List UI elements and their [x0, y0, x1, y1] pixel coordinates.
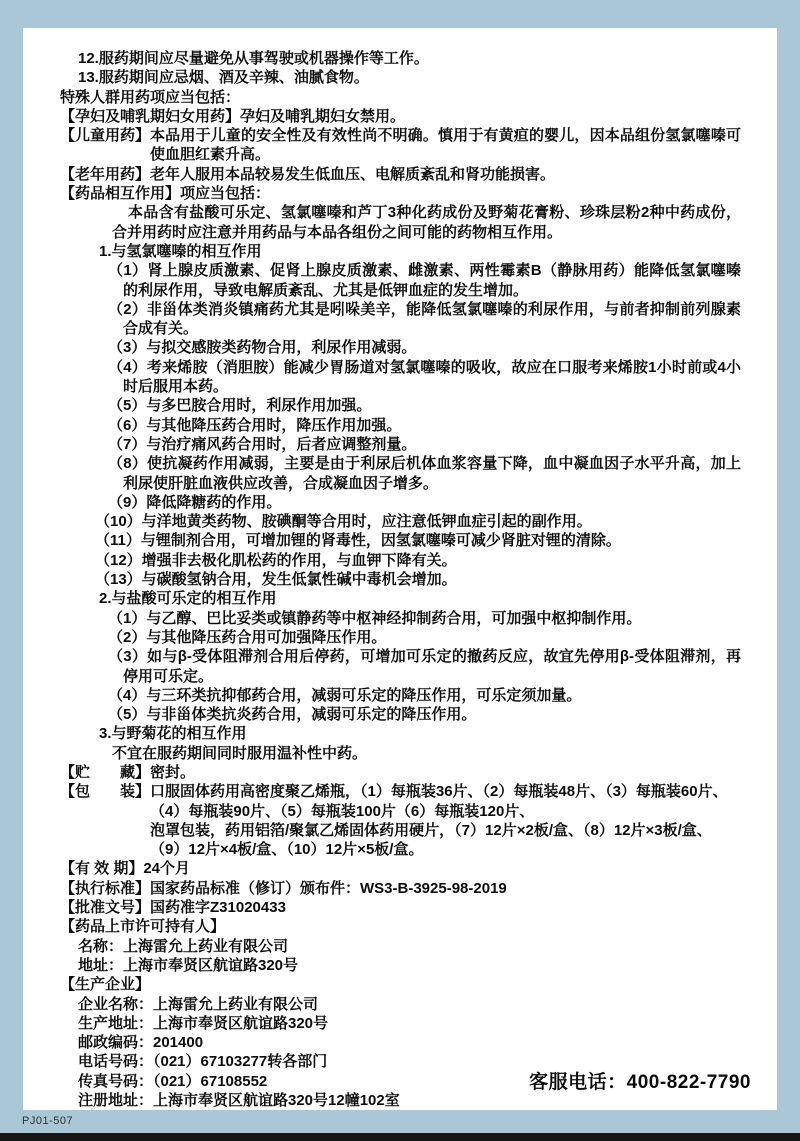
doc-line: （6）与其他降压药合用时，降压作用加强。 — [60, 416, 741, 435]
field-row: 【老年用药】老年人服用本品较易发生低血压、电解质紊乱和肾功能损害。 — [60, 165, 741, 184]
doc-line: 3.与野菊花的相互作用 — [99, 724, 741, 743]
doc-line: （9）降低降糖药的作用。 — [60, 493, 741, 512]
field-value: 本品用于儿童的安全性及有效性尚不明确。慎用于有黄疸的婴儿，因本品组份氢氯噻嗪可使… — [150, 126, 741, 165]
doc-line: 地址：上海市奉贤区航谊路320号 — [78, 956, 741, 975]
doc-line: 12.服药期间应尽量避免从事驾驶或机器操作等工作。 — [78, 49, 741, 68]
field-value-line: 口服固体药用高密度聚乙烯瓶，（1）每瓶装36片、（2）每瓶装48片、（3）每瓶装… — [150, 782, 741, 801]
field-value-line: （4）每瓶装90片、（5）每瓶装100片（6）每瓶装120片、 — [150, 802, 741, 821]
field-label: 【有 效 期】 — [60, 859, 143, 878]
field-row: 【有 效 期】24个月 — [60, 859, 741, 878]
field-label: 【批准文号】 — [60, 898, 150, 917]
doc-line: （8）使抗凝药作用减弱，主要是由于利尿后机体血浆容量下降，血中凝血因子水平升高，… — [60, 454, 741, 493]
field-value-line: 泡罩包装，药用铝箔/聚氯乙烯固体药用硬片，（7）12片×2板/盒、（8）12片×… — [150, 821, 741, 840]
doc-line: 本品含有盐酸可乐定、氢氯噻嗪和芦丁3种化药成份及野菊花膏粉、珍珠层粉2种中药成份… — [112, 203, 741, 242]
doc-line: （4）与三环类抗抑郁药合用，减弱可乐定的降压作用，可乐定须加量。 — [60, 686, 741, 705]
doc-line: （1）肾上腺皮质激素、促肾上腺皮质激素、雌激素、两性霉素B（静脉用药）能降低氢氯… — [60, 261, 741, 300]
field-row: 【包 装】口服固体药用高密度聚乙烯瓶，（1）每瓶装36片、（2）每瓶装48片、（… — [60, 782, 741, 859]
doc-line: （12）增强非去极化肌松药的作用，与血钾下降有关。 — [60, 551, 741, 570]
doc-line: 特殊人群用药项应当包括： — [60, 88, 741, 107]
doc-line: 【孕妇及哺乳期妇女用药】孕妇及哺乳期妇女禁用。 — [60, 107, 741, 126]
doc-line: 【药品相互作用】项应当包括： — [60, 184, 741, 203]
field-label: 【老年用药】 — [60, 165, 150, 184]
field-value: 密封。 — [150, 763, 741, 782]
field-value: 口服固体药用高密度聚乙烯瓶，（1）每瓶装36片、（2）每瓶装48片、（3）每瓶装… — [150, 782, 741, 859]
form-code: PJ01-507 — [22, 1115, 73, 1127]
doc-line: （2）非甾体类消炎镇痛药尤其是吲哚美辛，能降低氢氯噻嗪的利尿作用，与前者抑制前列… — [60, 300, 741, 339]
field-label: 【儿童用药】 — [60, 126, 150, 145]
doc-line: （4）考来烯胺（消胆胺）能减少胃肠道对氢氯噻嗪的吸收，故应在口服考来烯胺1小时前… — [60, 358, 741, 397]
field-row: 【执行标准】国家药品标准（修订）颁布件：WS3-B-3925-98-2019 — [60, 879, 741, 898]
doc-line: （7）与治疗痛风药合用时，后者应调整剂量。 — [60, 435, 741, 454]
doc-line: （10）与洋地黄类药物、胺碘酮等合用时，应注意低钾血症引起的副作用。 — [60, 512, 741, 531]
field-label: 【包 装】 — [60, 782, 150, 801]
customer-service-phone: 客服电话：400-822-7790 — [529, 1067, 751, 1094]
field-row: 【贮 藏】密封。 — [60, 763, 741, 782]
doc-line: （13）与碳酸氢钠合用，发生低氯性碱中毒机会增加。 — [60, 570, 741, 589]
field-value-line: （9）12片×4板/盒、（10）12片×5板/盒。 — [150, 840, 741, 859]
doc-line: 13.服药期间应忌烟、酒及辛辣、油腻食物。 — [78, 68, 741, 87]
drug-instruction-sheet: 12.服药期间应尽量避免从事驾驶或机器操作等工作。13.服药期间应忌烟、酒及辛辣… — [23, 28, 777, 1110]
doc-line: （2）与其他降压药合用可加强降压作用。 — [60, 628, 741, 647]
doc-line: 2.与盐酸可乐定的相互作用 — [99, 589, 741, 608]
doc-line: 【生产企业】 — [60, 975, 741, 994]
doc-line: 名称：上海雷允上药业有限公司 — [78, 937, 741, 956]
doc-line: 企业名称：上海雷允上药业有限公司 — [78, 995, 741, 1014]
bottom-black-bar — [0, 1133, 800, 1141]
doc-line: 邮政编码：201400 — [78, 1033, 741, 1052]
doc-line: （1）与乙醇、巴比妥类或镇静药等中枢神经抑制药合用，可加强中枢抑制作用。 — [60, 609, 741, 628]
field-label: 【贮 藏】 — [60, 763, 150, 782]
field-row: 【儿童用药】本品用于儿童的安全性及有效性尚不明确。慎用于有黄疸的婴儿，因本品组份… — [60, 126, 741, 165]
field-label: 【执行标准】 — [60, 879, 150, 898]
doc-line: （5）与非甾体类抗炎药合用，减弱可乐定的降压作用。 — [60, 705, 741, 724]
doc-line: （3）与拟交感胺类药物合用，利尿作用减弱。 — [60, 338, 741, 357]
instruction-text-body: 12.服药期间应尽量避免从事驾驶或机器操作等工作。13.服药期间应忌烟、酒及辛辣… — [60, 49, 741, 1110]
doc-line: 不宜在服药期间同时服用温补性中药。 — [112, 744, 741, 763]
doc-line: （11）与锂制剂合用，可增加锂的肾毒性，因氢氯噻嗪可减少肾脏对锂的清除。 — [60, 531, 741, 550]
field-value: 老年人服用本品较易发生低血压、电解质紊乱和肾功能损害。 — [150, 165, 741, 184]
field-value: 24个月 — [143, 859, 741, 878]
field-value: 国家药品标准（修订）颁布件：WS3-B-3925-98-2019 — [150, 879, 741, 898]
doc-line: 【药品上市许可持有人】 — [60, 917, 741, 936]
doc-line: （5）与多巴胺合用时，利尿作用加强。 — [60, 396, 741, 415]
field-value: 国药准字Z31020433 — [150, 898, 741, 917]
doc-line: 生产地址：上海市奉贤区航谊路320号 — [78, 1014, 741, 1033]
doc-line: （3）如与β-受体阻滞剂合用后停药，可增加可乐定的撤药反应，故宜先停用β-受体阻… — [60, 647, 741, 686]
doc-line: 1.与氢氯噻嗪的相互作用 — [99, 242, 741, 261]
field-row: 【批准文号】国药准字Z31020433 — [60, 898, 741, 917]
